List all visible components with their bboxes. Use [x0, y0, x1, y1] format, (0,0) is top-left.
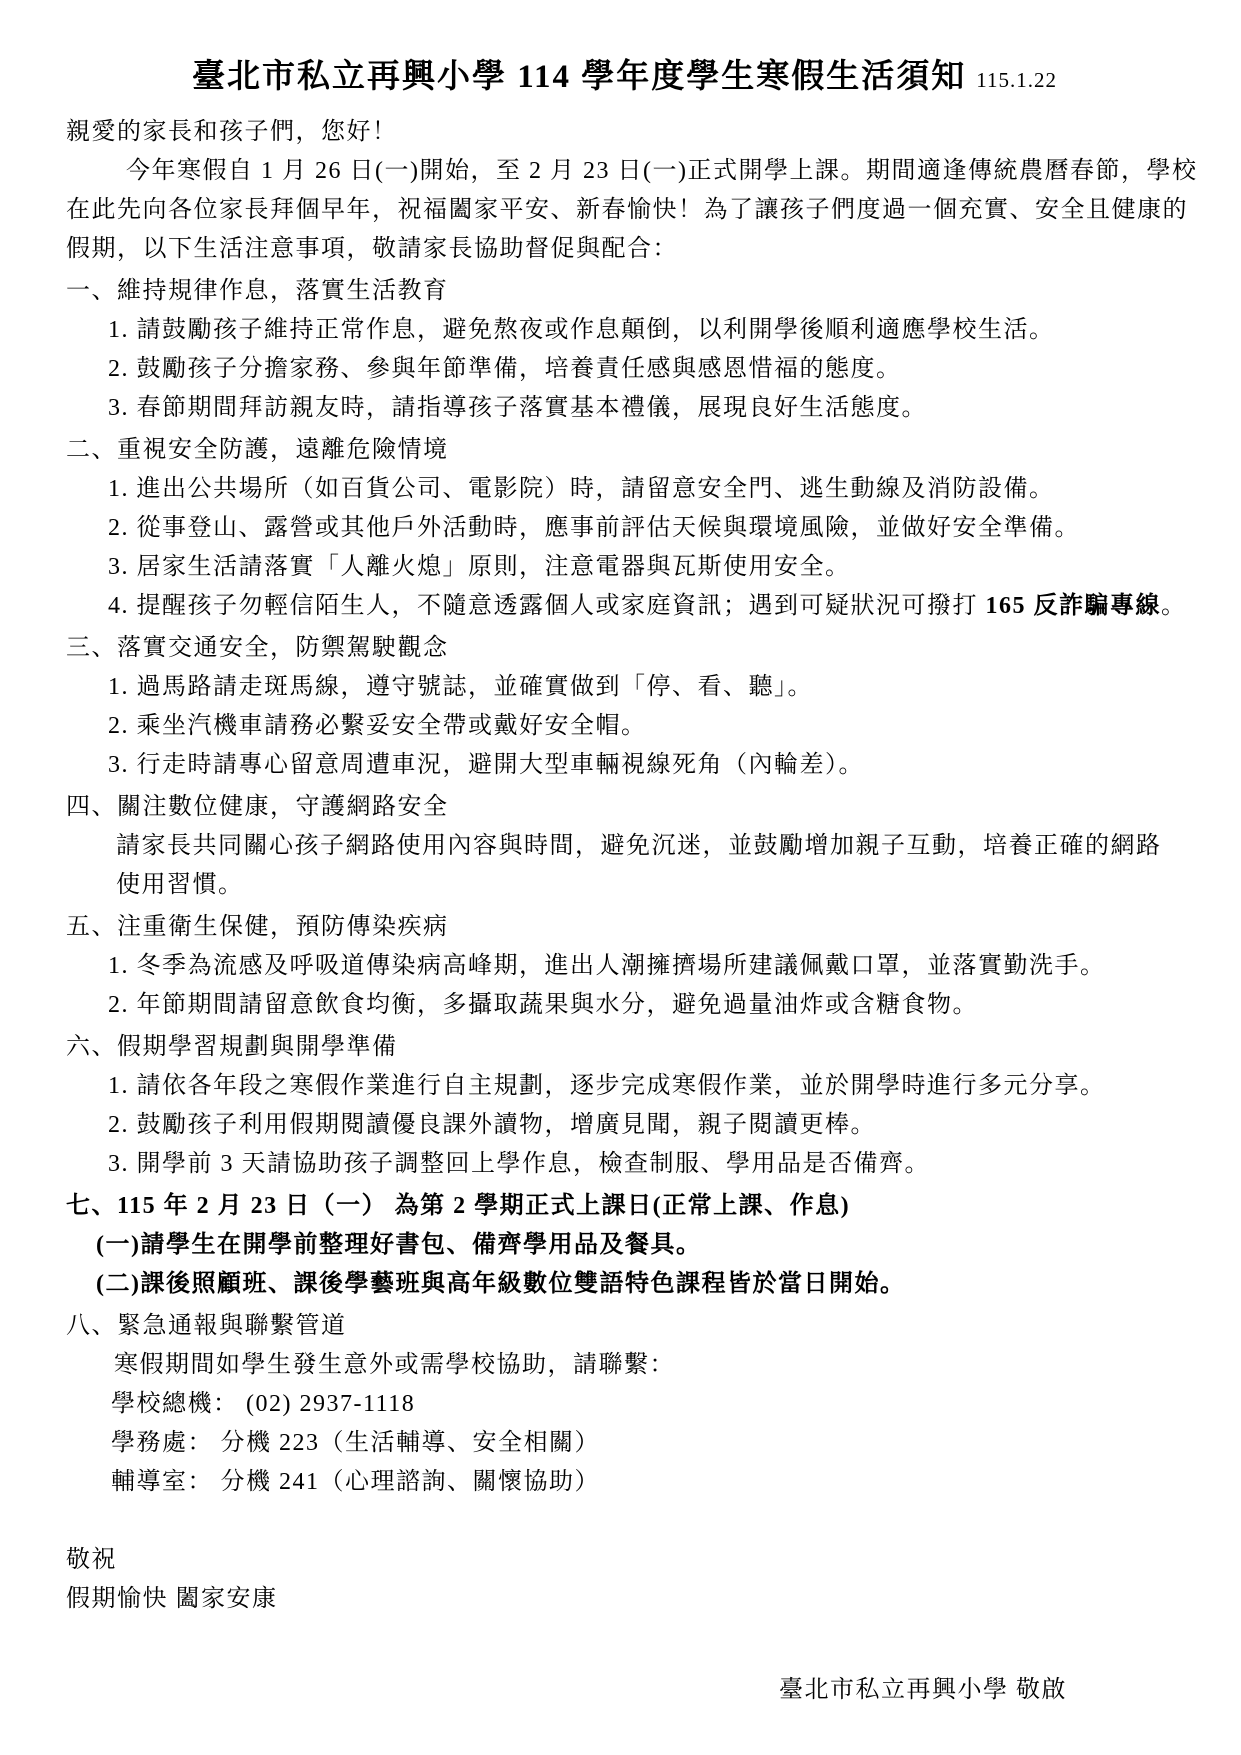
document-line: 3. 居家生活請落實「人離火熄」原則，注意電器與瓦斯使用安全。 [108, 548, 1183, 587]
document-line: 2. 鼓勵孩子分擔家務、參與年節準備，培養責任感與感恩惜福的態度。 [108, 350, 1183, 389]
document-line: 1. 請鼓勵孩子維持正常作息，避免熬夜或作息顛倒，以利開學後順利適應學校生活。 [108, 311, 1183, 350]
text-segment: 五、注重衛生保健，預防傳染疾病 [66, 914, 449, 940]
document-line: 2. 乘坐汽機車請務必繫妥安全帶或戴好安全帽。 [108, 707, 1183, 746]
text-segment: 2. 鼓勵孩子利用假期閱讀優良課外讀物，增廣見聞，親子閱讀更棒。 [108, 1112, 876, 1138]
document-line: 2. 年節期間請留意飲食均衡，多攝取蔬果與水分，避免過量油炸或含糖食物。 [108, 986, 1183, 1025]
text-segment: 二、重視安全防護，遠離危險情境 [66, 437, 449, 463]
section-heading: 八、緊急通報與聯繫管道 [66, 1307, 1183, 1346]
text-segment: 2. 鼓勵孩子分擔家務、參與年節準備，培養責任感與感恩惜福的態度。 [108, 356, 902, 382]
text-segment: 1. 請鼓勵孩子維持正常作息，避免熬夜或作息顛倒，以利開學後順利適應學校生活。 [108, 317, 1055, 343]
document-line: 1. 請依各年段之寒假作業進行自主規劃，逐步完成寒假作業，並於開學時進行多元分享… [108, 1067, 1183, 1106]
document-page: 臺北市私立再興小學 114 學年度學生寒假生活須知115.1.22 親愛的家長和… [0, 0, 1241, 1755]
document-line: 1. 過馬路請走斑馬線，遵守號誌，並確實做到「停、看、聽」。 [108, 668, 1183, 707]
document-line: 3. 春節期間拜訪親友時，請指導孩子落實基本禮儀，展現良好生活態度。 [108, 389, 1183, 428]
text-segment: 假期，以下生活注意事項，敬請家長協助督促與配合： [66, 236, 678, 262]
text-segment: 使用習慣。 [116, 872, 244, 898]
document-line: 學校總機： (02) 2937-1118 [111, 1385, 1183, 1424]
text-segment: (一)請學生在開學前整理好書包、備齊學用品及餐具。 [96, 1232, 701, 1258]
document-line: 4. 提醒孩子勿輕信陌生人，不隨意透露個人或家庭資訊；遇到可疑狀況可撥打 165… [108, 587, 1183, 626]
text-segment: 寒假期間如學生發生意外或需學校協助，請聯繫： [114, 1352, 675, 1378]
document-date: 115.1.22 [976, 68, 1057, 92]
closing-wish: 假期愉快 闔家安康 [66, 1580, 1183, 1619]
text-segment: 2. 年節期間請留意飲食均衡，多攝取蔬果與水分，避免過量油炸或含糖食物。 [108, 992, 978, 1018]
text-segment: 三、落實交通安全，防禦駕駛觀念 [66, 635, 449, 661]
text-segment: 3. 行走時請專心留意周遭車況，避開大型車輛視線死角（內輪差）。 [108, 752, 864, 778]
text-segment: 1. 過馬路請走斑馬線，遵守號誌，並確實做到「停、看、聽」。 [108, 674, 813, 700]
text-segment: 今年寒假自 1 月 26 日(一)開始，至 2 月 23 日(一)正式開學上課。… [126, 158, 1197, 184]
section-heading: 七、115 年 2 月 23 日（一） 為第 2 學期正式上課日(正常上課、作息… [66, 1187, 1183, 1226]
text-segment: 學務處： 分機 223（生活輔導、安全相關） [111, 1430, 600, 1456]
section-heading: 二、重視安全防護，遠離危險情境 [66, 431, 1183, 470]
section-heading: 六、假期學習規劃與開學準備 [66, 1028, 1183, 1067]
document-header: 臺北市私立再興小學 114 學年度學生寒假生活須知115.1.22 [66, 50, 1183, 97]
text-segment: 1. 冬季為流感及呼吸道傳染病高峰期，進出人潮擁擠場所建議佩戴口罩，並落實勤洗手… [108, 953, 1106, 979]
document-line: 寒假期間如學生發生意外或需學校協助，請聯繫： [114, 1346, 1183, 1385]
document-line: 使用習慣。 [116, 866, 1183, 905]
text-segment: 四、關注數位健康，守護網路安全 [66, 794, 449, 820]
document-line: 學務處： 分機 223（生活輔導、安全相關） [111, 1424, 1183, 1463]
text-segment: 一、維持規律作息，落實生活教育 [66, 278, 449, 304]
document-line: 在此先向各位家長拜個早年，祝福闔家平安、新春愉快！為了讓孩子們度過一個充實、安全… [66, 191, 1183, 230]
closing-salute: 敬祝 [66, 1541, 1183, 1580]
document-line: 請家長共同關心孩子網路使用內容與時間，避免沉迷，並鼓勵增加親子互動，培養正確的網… [116, 827, 1183, 866]
document-line: 輔導室： 分機 241（心理諮詢、關懷協助） [111, 1463, 1183, 1502]
section-heading: 一、維持規律作息，落實生活教育 [66, 272, 1183, 311]
section-heading: 三、落實交通安全，防禦駕駛觀念 [66, 629, 1183, 668]
document-line: 1. 進出公共場所（如百貨公司、電影院）時，請留意安全門、逃生動線及消防設備。 [108, 470, 1183, 509]
text-segment: 在此先向各位家長拜個早年，祝福闔家平安、新春愉快！為了讓孩子們度過一個充實、安全… [66, 197, 1188, 223]
page-title: 臺北市私立再興小學 114 學年度學生寒假生活須知 [192, 59, 966, 95]
text-segment: 請家長共同關心孩子網路使用內容與時間，避免沉迷，並鼓勵增加親子互動，培養正確的網… [116, 833, 1162, 859]
text-segment: 1. 請依各年段之寒假作業進行自主規劃，逐步完成寒假作業，並於開學時進行多元分享… [108, 1073, 1106, 1099]
document-line: 假期，以下生活注意事項，敬請家長協助督促與配合： [66, 230, 1183, 269]
text-segment: 七、115 年 2 月 23 日（一） 為第 2 學期正式上課日(正常上課、作息… [66, 1193, 850, 1219]
document-line: (一)請學生在開學前整理好書包、備齊學用品及餐具。 [96, 1226, 1183, 1265]
text-segment: 。 [1161, 593, 1187, 619]
text-segment: 4. 提醒孩子勿輕信陌生人，不隨意透露個人或家庭資訊；遇到可疑狀況可撥打 [108, 593, 986, 619]
text-segment: (二)課後照顧班、課後學藝班與高年級數位雙語特色課程皆於當日開始。 [96, 1271, 905, 1297]
text-segment: 六、假期學習規劃與開學準備 [66, 1034, 398, 1060]
text-segment: 3. 開學前 3 天請協助孩子調整回上學作息，檢查制服、學用品是否備齊。 [108, 1151, 930, 1177]
text-segment: 輔導室： 分機 241（心理諮詢、關懷協助） [111, 1469, 600, 1495]
document-line: 2. 鼓勵孩子利用假期閱讀優良課外讀物，增廣見聞，親子閱讀更棒。 [108, 1106, 1183, 1145]
document-line: 2. 從事登山、露營或其他戶外活動時，應事前評估天候與環境風險，並做好安全準備。 [108, 509, 1183, 548]
document-line: (二)課後照顧班、課後學藝班與高年級數位雙語特色課程皆於當日開始。 [96, 1265, 1183, 1304]
text-segment: 1. 進出公共場所（如百貨公司、電影院）時，請留意安全門、逃生動線及消防設備。 [108, 476, 1055, 502]
document-line: 今年寒假自 1 月 26 日(一)開始，至 2 月 23 日(一)正式開學上課。… [126, 152, 1183, 191]
document-line: 親愛的家長和孩子們，您好！ [66, 113, 1183, 152]
text-segment: 八、緊急通報與聯繫管道 [66, 1313, 347, 1339]
document-line: 3. 行走時請專心留意周遭車況，避開大型車輛視線死角（內輪差）。 [108, 746, 1183, 785]
text-segment: 165 反詐騙專線 [986, 593, 1162, 619]
document-line: 3. 開學前 3 天請協助孩子調整回上學作息，檢查制服、學用品是否備齊。 [108, 1145, 1183, 1184]
text-segment: 3. 春節期間拜訪親友時，請指導孩子落實基本禮儀，展現良好生活態度。 [108, 395, 927, 421]
document-line: 1. 冬季為流感及呼吸道傳染病高峰期，進出人潮擁擠場所建議佩戴口罩，並落實勤洗手… [108, 947, 1183, 986]
text-segment: 2. 乘坐汽機車請務必繫妥安全帶或戴好安全帽。 [108, 713, 647, 739]
closing-block: 敬祝 假期愉快 闔家安康 [66, 1541, 1183, 1619]
section-heading: 五、注重衛生保健，預防傳染疾病 [66, 908, 1183, 947]
signature: 臺北市私立再興小學 敬啟 [66, 1671, 1183, 1710]
text-segment: 親愛的家長和孩子們，您好！ [66, 119, 398, 145]
text-segment: 2. 從事登山、露營或其他戶外活動時，應事前評估天候與環境風險，並做好安全準備。 [108, 515, 1080, 541]
document-body: 親愛的家長和孩子們，您好！今年寒假自 1 月 26 日(一)開始，至 2 月 2… [66, 113, 1183, 1502]
text-segment: 3. 居家生活請落實「人離火熄」原則，注意電器與瓦斯使用安全。 [108, 554, 851, 580]
section-heading: 四、關注數位健康，守護網路安全 [66, 788, 1183, 827]
text-segment: 學校總機： (02) 2937-1118 [111, 1391, 415, 1417]
